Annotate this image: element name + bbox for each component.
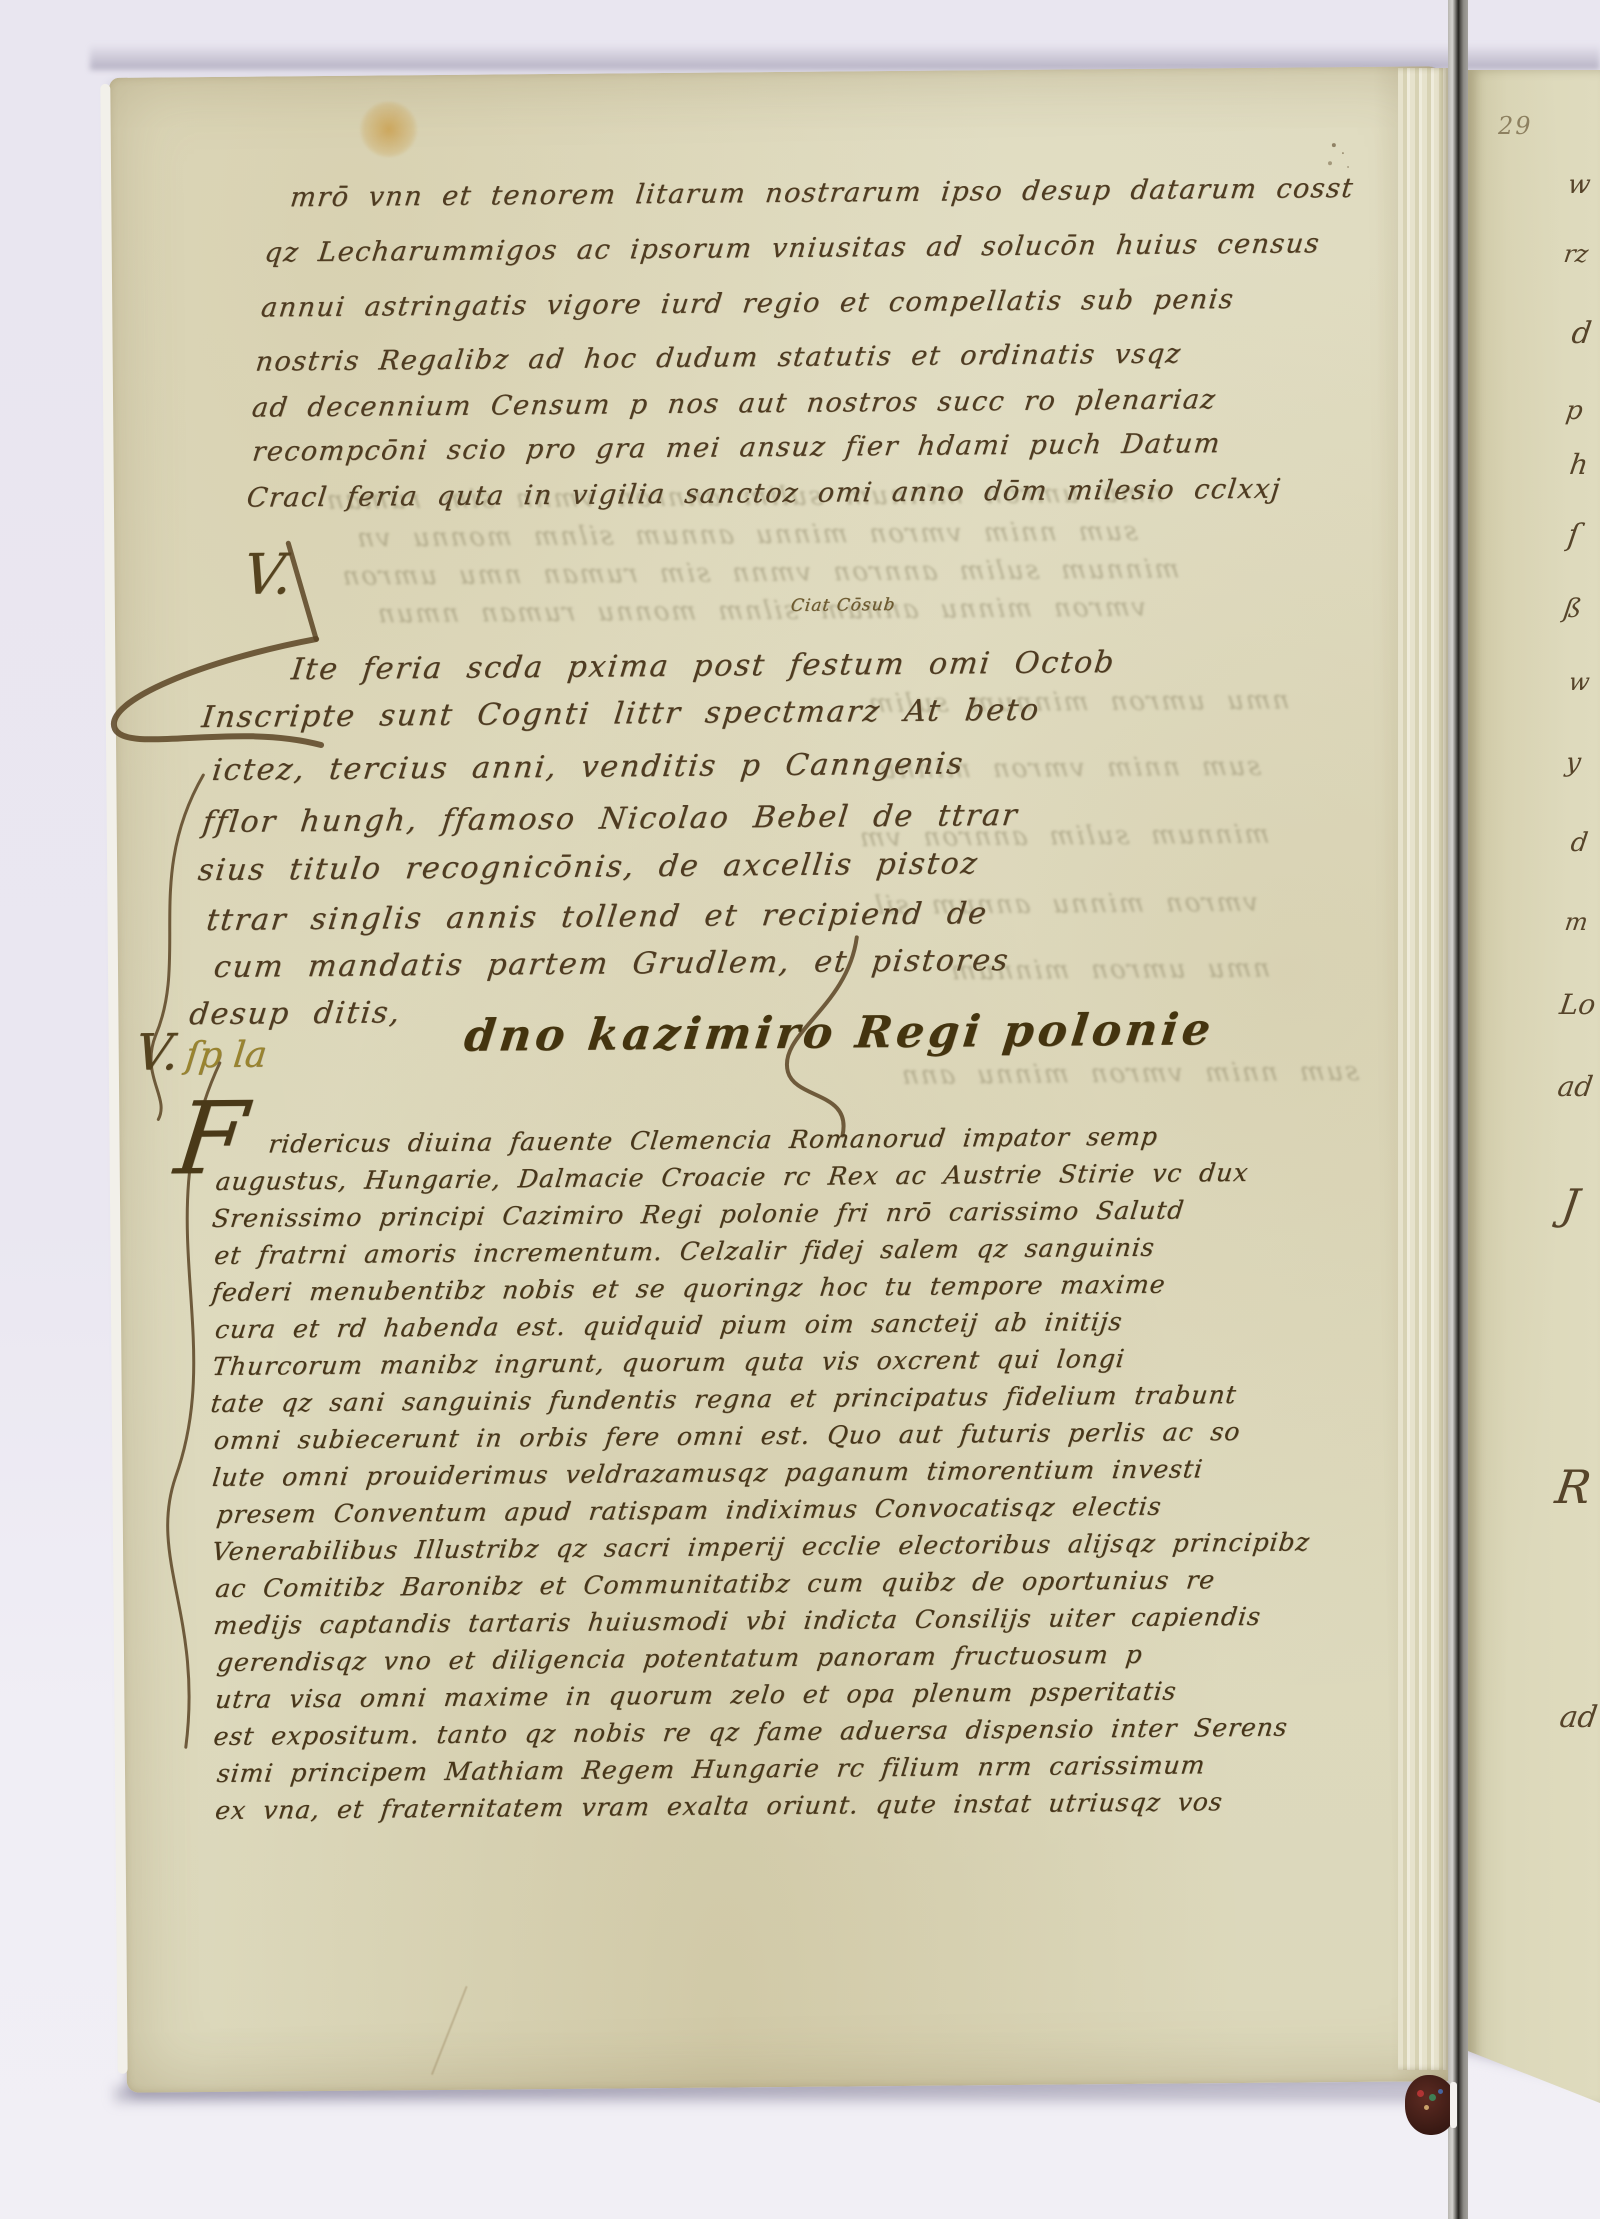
text-line: qz Lecharummigos ac ipsorum vniusitas ad… <box>263 228 1322 268</box>
text-line: cura et rd habenda est. quidquid pium oi… <box>214 1307 1125 1344</box>
text-line: augustus, Hungarie, Dalmacie Croacie rc … <box>214 1158 1250 1196</box>
text-line: Thurcorum manibz ingrunt, quorum quta vi… <box>211 1344 1127 1381</box>
text-line: presem Conventum apud ratispam indiximus… <box>215 1492 1163 1529</box>
facing-page-text-fragment: m <box>1563 908 1590 936</box>
text-line: et fratrni amoris incrementum. Celzalir … <box>213 1233 1157 1270</box>
facing-page-text-fragment: h <box>1568 448 1591 481</box>
text-line: tate qz sani sanguinis fundentis regna e… <box>209 1380 1238 1418</box>
text-line: est expositum. tanto qz nobis re qz fame… <box>212 1713 1289 1751</box>
facing-page-text-fragment: ad <box>1556 1070 1595 1103</box>
text-line: gerendisqz vno et diligencia potentatum … <box>215 1640 1144 1677</box>
page-stain <box>359 101 417 158</box>
text-line: ac Comitibz Baronibz et Communitatibz cu… <box>214 1565 1217 1603</box>
facing-page-text-fragment: rz <box>1562 240 1590 268</box>
facing-page-text-fragment: ad <box>1558 1700 1600 1735</box>
folio-number: 29 <box>1498 112 1533 140</box>
text-line: sius titulo recognicōnis, de axcellis pi… <box>196 846 980 888</box>
facing-page-text-fragment: d <box>1569 828 1590 858</box>
bleedthrough-line: minnum sulim annron vmnn sim ruman nmu u… <box>339 555 1181 592</box>
text-line: Inscripte sunt Cognti littr spectmarz At… <box>200 693 1042 735</box>
interlinear-annotation: Ciat Cōsub <box>790 595 897 616</box>
facing-page-text-fragment: w <box>1566 170 1592 200</box>
text-line: ridericus diuina fauente Clemencia Roman… <box>267 1122 1160 1159</box>
manuscript-scan: nmu umron minnum sulim annron vmnn sim r… <box>0 0 1600 2219</box>
text-line: ictez, tercius anni, venditis p Canngeni… <box>210 746 966 788</box>
text-line: Ite feria scda pxima post festum omi Oct… <box>289 645 1117 687</box>
text-line: desup ditis, <box>187 995 403 1032</box>
page-crease <box>431 1986 468 2075</box>
facing-page-text-fragment: w <box>1567 668 1591 696</box>
clamp-knob-reflections <box>1417 2090 1424 2097</box>
text-line: federi menubentibz nobis et se quoringz … <box>210 1270 1167 1307</box>
facing-page-text-fragment: p <box>1564 396 1585 426</box>
facing-page-text-fragment: d <box>1570 316 1594 351</box>
text-line: Srenissimo principi Cazimiro Regi poloni… <box>211 1195 1187 1233</box>
text-line: fflor hungh, ffamoso Nicolao Bebel de tt… <box>201 798 1021 840</box>
facing-page-text-fragment: R <box>1552 1460 1594 1514</box>
page-fore-edge <box>1398 68 1449 2070</box>
entry-heading: dno kazimiro Regi polonie <box>462 1004 1217 1062</box>
text-line: omni subiecerunt in orbis fere omni est.… <box>212 1417 1242 1455</box>
text-line: utra visa omni maxime in quorum zelo et … <box>214 1677 1179 1714</box>
text-line: simi principem Mathiam Regem Hungarie rc… <box>215 1750 1207 1788</box>
text-line: mrō vnn et tenorem litarum nostrarum ips… <box>289 173 1356 213</box>
facing-page-text-fragment: ſ <box>1566 518 1582 553</box>
facing-page-text-fragment: y <box>1564 748 1583 778</box>
text-line: ex vna, et fraternitatem vram exalta ori… <box>214 1787 1225 1825</box>
text-line: ad decennium Censum p nos aut nostros su… <box>250 384 1218 423</box>
text-line: recompcōni scio pro gra mei ansuz fier h… <box>251 428 1223 467</box>
text-line: Venerabilibus Illustribz qz sacri imperi… <box>210 1527 1311 1566</box>
ink-specks <box>1332 143 1336 147</box>
facing-page-text-fragment: ß <box>1562 594 1584 624</box>
facing-page-text-fragment: J <box>1559 1180 1583 1229</box>
text-line: medijs captandis tartaris huiusmodi vbi … <box>212 1602 1263 1640</box>
facing-page-text-fragment: Lo <box>1558 988 1598 1021</box>
text-line: lute omni prouiderimus veldrazamusqz pag… <box>211 1454 1205 1492</box>
facing-page-edge: 29 w rz d p h ſ ß w y d m Lo ad J R ad <box>1468 70 1600 2106</box>
clamp-bar-highlight <box>1450 2082 1457 2128</box>
text-line: nostris Regalibz ad hoc dudum statutis e… <box>254 338 1183 377</box>
manuscript-page: nmu umron minnum sulim annron vmnn sim r… <box>109 66 1459 2093</box>
scanner-clamp-bar <box>1448 0 1468 2219</box>
text-line: annui astringatis vigore iurd regio et c… <box>259 284 1236 324</box>
bleedthrough-line: vmron minnu annum silnm monnu ruman nmun <box>374 593 1148 630</box>
bleedthrough-line: sum nnim vmron minnu ann <box>898 1057 1360 1091</box>
bleedthrough-line: sum nnim vmron minnu annum silnm monnu v… <box>354 517 1140 554</box>
